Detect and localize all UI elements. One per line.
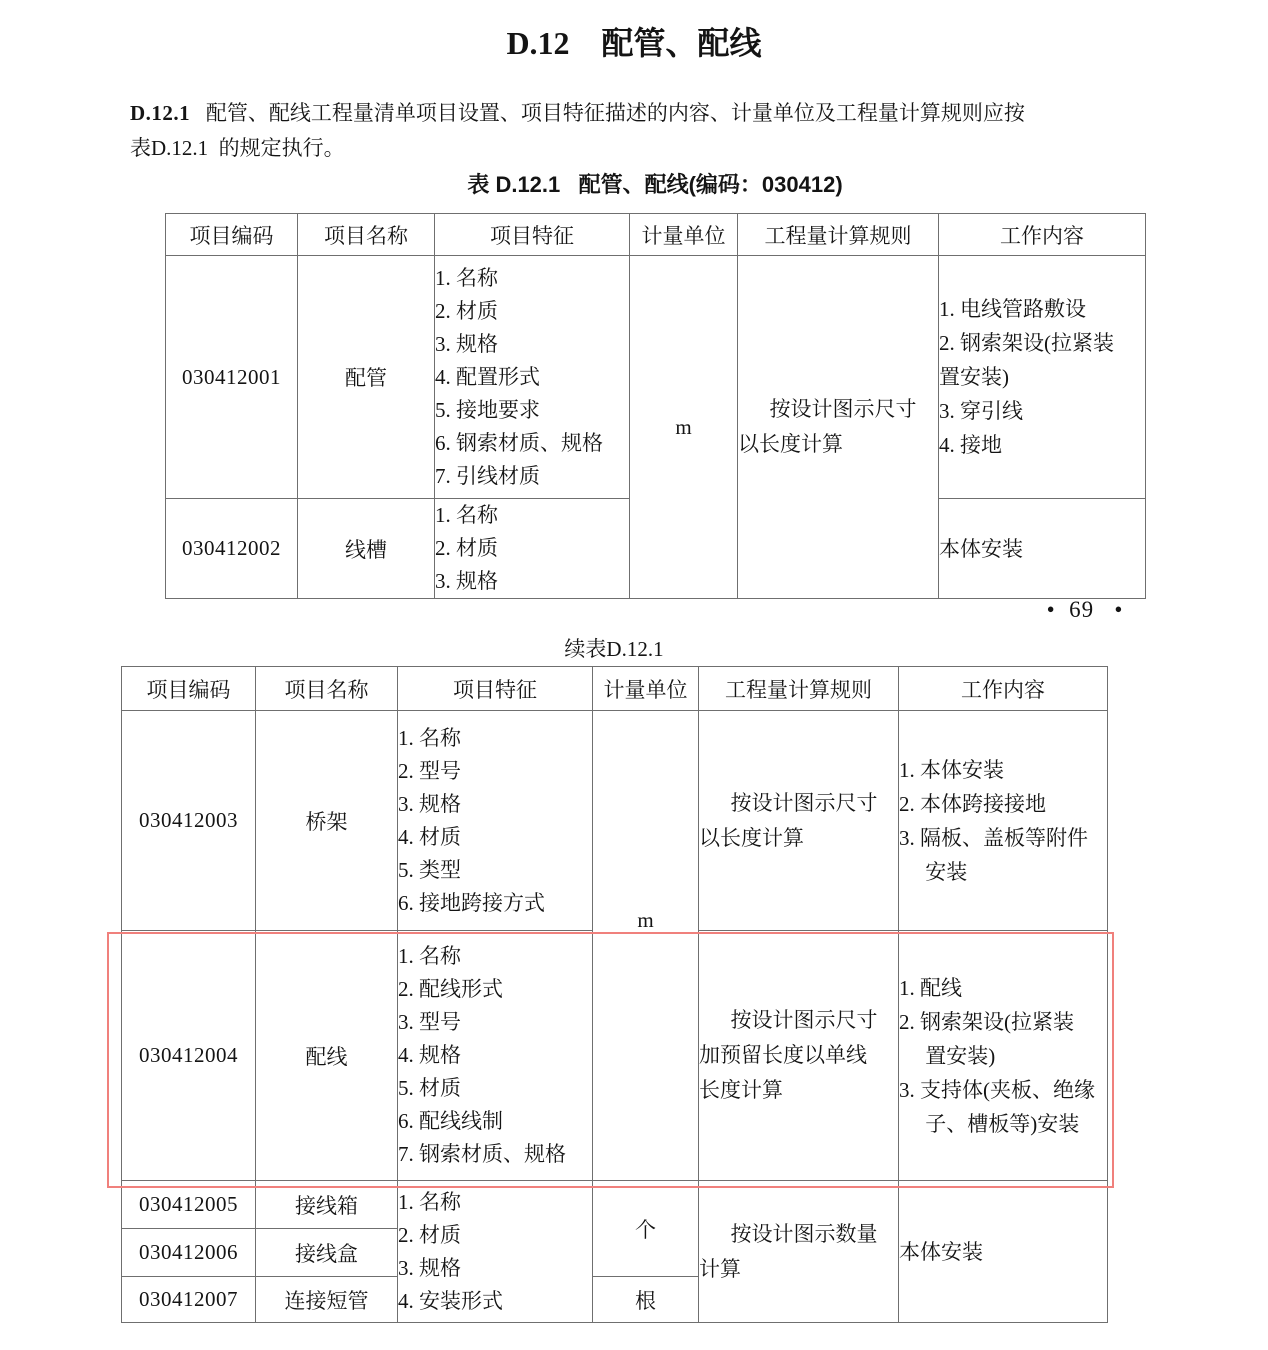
cell-code: 030412002: [166, 499, 298, 599]
cell-features: 1. 名称 2. 配线形式 3. 型号 4. 规格 5. 材质 6. 配线线制 …: [398, 931, 593, 1181]
cell-code: 030412004: [122, 931, 256, 1181]
cell-features: 1. 名称 2. 型号 3. 规格 4. 材质 5. 类型 6. 接地跨接方式: [398, 711, 593, 931]
clause-gap: [190, 101, 206, 125]
cell-unit: 个: [593, 1181, 699, 1277]
cell-code: 030412006: [122, 1229, 256, 1277]
cell-rule: 按设计图示尺寸 加预留长度以单线 长度计算: [699, 931, 899, 1181]
unit-text: m: [637, 908, 653, 932]
cell-code: 030412003: [122, 711, 256, 931]
cell-features: 1. 名称 2. 材质 3. 规格 4. 配置形式 5. 接地要求 6. 钢索材…: [435, 256, 630, 499]
clause-text: 配管、配线工程量清单项目设置、项目特征描述的内容、计量单位及工程量计算规则应按 …: [130, 101, 1025, 160]
cell-name: 配线: [256, 931, 398, 1181]
table-d12-1: 项目编码 项目名称 项目特征 计量单位 工程量计算规则 工作内容 0304120…: [165, 213, 1146, 599]
cell-name: 桥架: [256, 711, 398, 931]
cell-rule: 按设计图示数量 计算: [699, 1181, 899, 1323]
cell-features: 1. 名称 2. 材质 3. 规格 4. 安装形式: [398, 1181, 593, 1323]
clause-paragraph: D.12.1 配管、配线工程量清单项目设置、项目特征描述的内容、计量单位及工程量…: [130, 96, 1162, 166]
table1-header-row: 项目编码 项目名称 项目特征 计量单位 工程量计算规则 工作内容: [166, 214, 1146, 256]
table-row-030412001: 030412001 配管 1. 名称 2. 材质 3. 规格 4. 配置形式 5…: [166, 256, 1146, 499]
cell-work: 本体安装: [899, 1181, 1108, 1323]
table2-caption: 续表D.12.1: [121, 633, 1107, 663]
column-header-rule: 工程量计算规则: [699, 667, 899, 711]
cell-work: 1. 本体安装 2. 本体跨接接地 3. 隔板、盖板等附件 安装: [899, 711, 1108, 931]
column-header-features: 项目特征: [435, 214, 630, 256]
column-header-rule: 工程量计算规则: [738, 214, 939, 256]
column-header-unit: 计量单位: [593, 667, 699, 711]
cell-name: 连接短管: [256, 1277, 398, 1323]
column-header-name: 项目名称: [298, 214, 435, 256]
page-title: D.12 配管、配线: [0, 18, 1268, 64]
table2-header-row: 项目编码 项目名称 项目特征 计量单位 工程量计算规则 工作内容: [122, 667, 1108, 711]
cell-code: 030412001: [166, 256, 298, 499]
cell-work: 本体安装: [939, 499, 1146, 599]
cell-unit: m: [593, 711, 699, 1181]
column-header-code: 项目编码: [166, 214, 298, 256]
clause-number: D.12.1: [130, 101, 190, 125]
cell-rule: 按设计图示尺寸 以长度计算: [738, 256, 939, 599]
column-header-features: 项目特征: [398, 667, 593, 711]
column-header-work: 工作内容: [939, 214, 1146, 256]
page-number: • 69 •: [1000, 597, 1170, 623]
cell-code: 030412007: [122, 1277, 256, 1323]
cell-work: 1. 配线 2. 钢索架设(拉紧装 置安装) 3. 支持体(夹板、绝缘 子、槽板…: [899, 931, 1108, 1181]
table1-caption: 表 D.12.1 配管、配线(编码：030412): [165, 168, 1145, 199]
cell-name: 接线盒: [256, 1229, 398, 1277]
column-header-code: 项目编码: [122, 667, 256, 711]
table-d12-1-continued: 项目编码 项目名称 项目特征 计量单位 工程量计算规则 工作内容 0304120…: [121, 666, 1108, 1323]
table-row-030412005: 030412005 接线箱 1. 名称 2. 材质 3. 规格 4. 安装形式 …: [122, 1181, 1108, 1229]
column-header-name: 项目名称: [256, 667, 398, 711]
cell-unit: 根: [593, 1277, 699, 1323]
cell-name: 配管: [298, 256, 435, 499]
document-page: D.12 配管、配线 D.12.1 配管、配线工程量清单项目设置、项目特征描述的…: [0, 0, 1268, 1350]
cell-rule: 按设计图示尺寸 以长度计算: [699, 711, 899, 931]
cell-unit: m: [630, 256, 738, 599]
cell-code: 030412005: [122, 1181, 256, 1229]
column-header-work: 工作内容: [899, 667, 1108, 711]
cell-work: 1. 电线管路敷设 2. 钢索架设(拉紧装 置安装) 3. 穿引线 4. 接地: [939, 256, 1146, 499]
cell-name: 线槽: [298, 499, 435, 599]
cell-features: 1. 名称 2. 材质 3. 规格: [435, 499, 630, 599]
table-row-030412003: 030412003 桥架 1. 名称 2. 型号 3. 规格 4. 材质 5. …: [122, 711, 1108, 931]
column-header-unit: 计量单位: [630, 214, 738, 256]
cell-name: 接线箱: [256, 1181, 398, 1229]
